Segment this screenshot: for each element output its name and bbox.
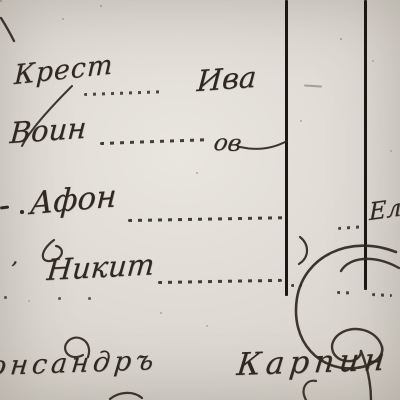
- ink-residue-dot: [58, 297, 61, 300]
- top-left-edge-stroke: [1, 18, 14, 41]
- entry-3-lead-dot: [20, 210, 24, 214]
- signature-name-left: онсандръ: [0, 345, 159, 382]
- paper-speckles: [0, 0, 2, 2]
- entry-3-leader: [128, 216, 284, 222]
- bottom-edge-stroke-left: [110, 393, 142, 399]
- entry-3-lead-dash: [0, 205, 9, 209]
- entry-4-tick: ’: [8, 257, 18, 282]
- entry-4-dots-right-of-right-rule: [372, 293, 392, 297]
- entry-2-name: Воин: [9, 111, 88, 151]
- entry-4-leader: [158, 279, 282, 284]
- ink-residue-dot: [88, 297, 91, 300]
- entry-3-name: Афон: [29, 178, 117, 222]
- ink-residue-dot: [4, 296, 7, 299]
- flourish-paraph-top-curve: [341, 259, 399, 271]
- entry-3-right-column-text: Ел: [369, 193, 400, 226]
- column-rule-right: [364, 0, 367, 290]
- pencil-dash: [304, 84, 322, 87]
- bottom-edge-stroke-right: [304, 381, 316, 400]
- manuscript-scan: Крест Ива Воин ов Афон Ел ’ Никит онсанд…: [0, 0, 400, 400]
- bracket-hook: [299, 237, 307, 264]
- row2-tail-connector: [240, 141, 287, 149]
- entry-1-name: Крест: [13, 49, 113, 91]
- entry-1-leader: [84, 90, 164, 96]
- entry-2-suffix: ов: [212, 130, 244, 157]
- entry-3-right-dots: [338, 225, 362, 230]
- entry-4-dots-after-rule: [291, 284, 302, 287]
- entry-4-name: Никит: [46, 247, 156, 287]
- entry-4-dots-left-of-right-rule: [337, 291, 354, 295]
- column-rule-left: [285, 0, 288, 296]
- entry-2-leader: [100, 138, 208, 145]
- entry-1-patronymic: Ива: [196, 60, 258, 98]
- signature-name-right: Карпин: [235, 342, 391, 383]
